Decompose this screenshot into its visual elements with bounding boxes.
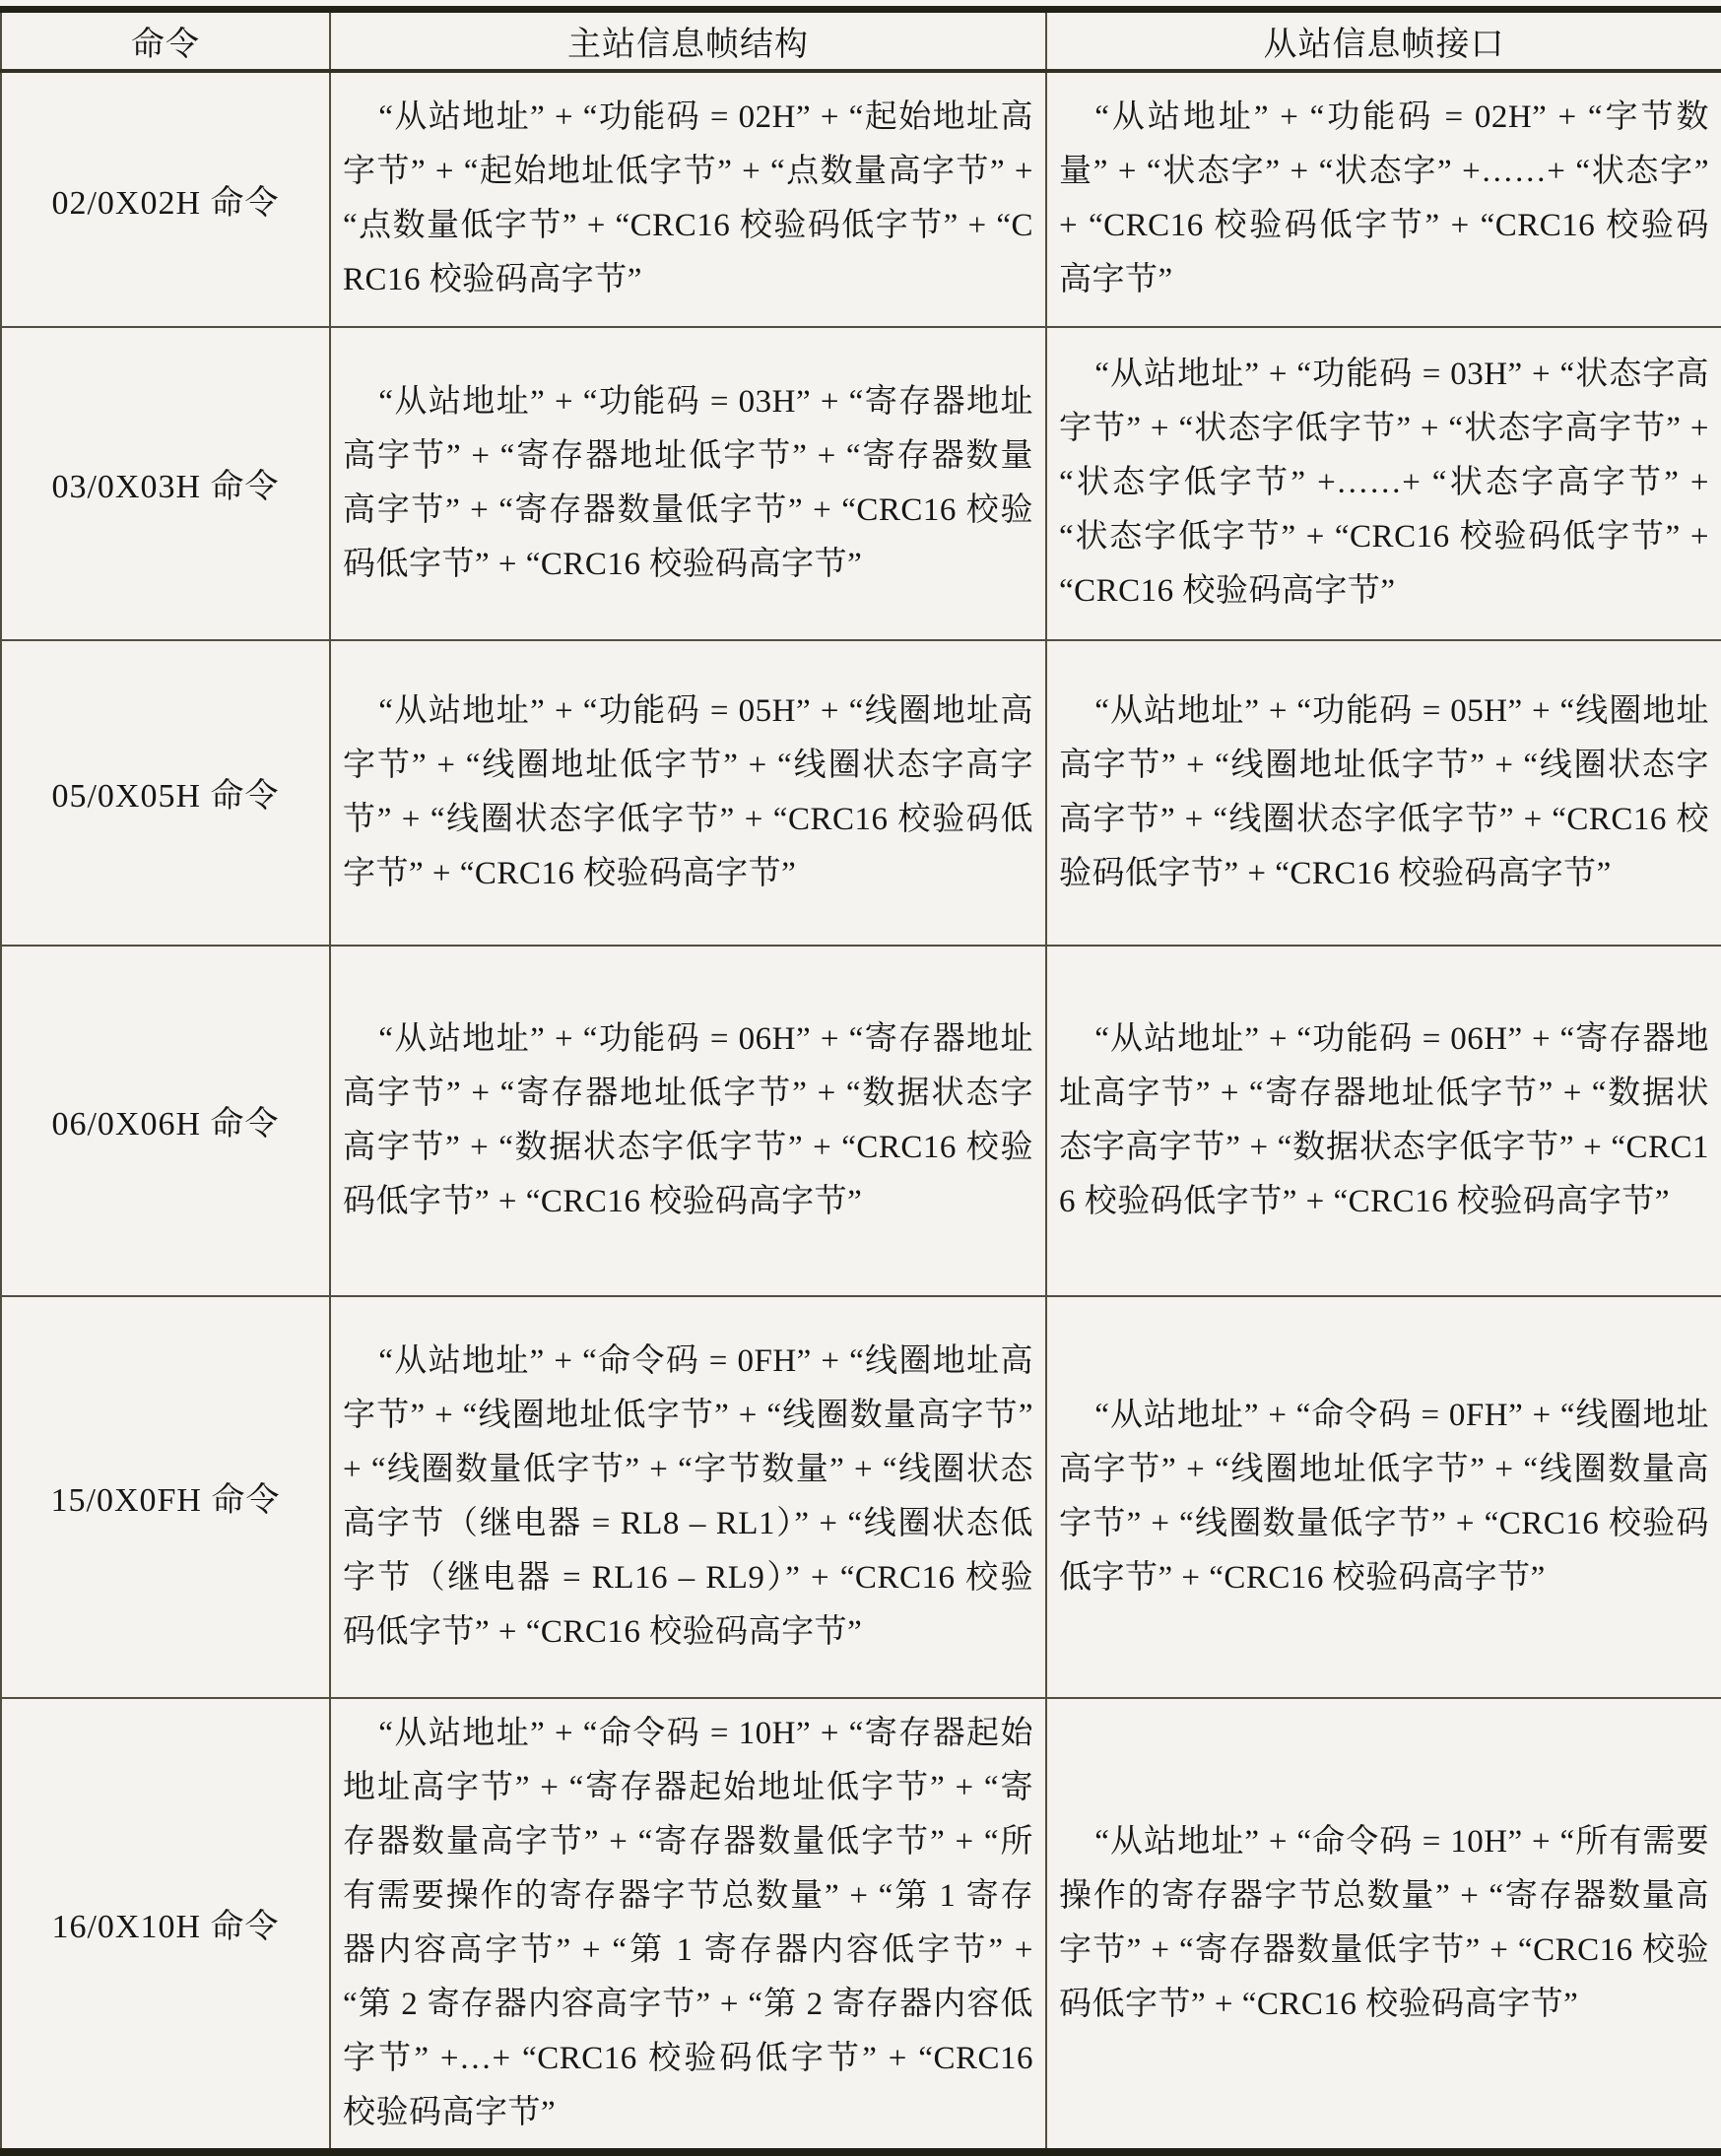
table-row-15: 15/0X0FH 命令 “从站地址” + “命令码 = 0FH” + “线圈地址… [1,1296,1721,1698]
master-frame-text: “从站地址” + “功能码 = 05H” + “线圈地址高字节” + “线圈地址… [343,685,1033,901]
table-row-16: 16/0X10H 命令 “从站地址” + “命令码 = 10H” + “寄存器起… [1,1698,1721,2152]
command-cell: 03/0X03H 命令 [1,327,330,640]
command-cell: 06/0X06H 命令 [1,946,330,1296]
table-row-05: 05/0X05H 命令 “从站地址” + “功能码 = 05H” + “线圈地址… [1,640,1721,946]
slave-frame-cell: “从站地址” + “功能码 = 02H” + “字节数量” + “状态字” + … [1046,71,1721,327]
table-row-02: 02/0X02H 命令 “从站地址” + “功能码 = 02H” + “起始地址… [1,71,1721,327]
slave-frame-cell: “从站地址” + “功能码 = 05H” + “线圈地址高字节” + “线圈地址… [1046,640,1721,946]
master-frame-text: “从站地址” + “功能码 = 02H” + “起始地址高字节” + “起始地址… [343,91,1033,307]
slave-frame-text: “从站地址” + “命令码 = 0FH” + “线圈地址高字节” + “线圈地址… [1059,1389,1709,1605]
command-cell: 02/0X02H 命令 [1,71,330,327]
master-frame-cell: “从站地址” + “功能码 = 03H” + “寄存器地址高字节” + “寄存器… [330,327,1046,640]
slave-frame-text: “从站地址” + “功能码 = 06H” + “寄存器地址高字节” + “寄存器… [1059,1013,1709,1229]
master-frame-cell: “从站地址” + “命令码 = 10H” + “寄存器起始地址高字节” + “寄… [330,1698,1046,2152]
slave-frame-cell: “从站地址” + “命令码 = 10H” + “所有需要操作的寄存器字节总数量”… [1046,1698,1721,2152]
slave-frame-cell: “从站地址” + “命令码 = 0FH” + “线圈地址高字节” + “线圈地址… [1046,1296,1721,1698]
column-header-master-frame: 主站信息帧结构 [330,10,1046,71]
command-cell: 15/0X0FH 命令 [1,1296,330,1698]
master-frame-text: “从站地址” + “命令码 = 0FH” + “线圈地址高字节” + “线圈地址… [343,1335,1033,1660]
slave-frame-text: “从站地址” + “功能码 = 02H” + “字节数量” + “状态字” + … [1059,91,1709,307]
master-frame-text: “从站地址” + “功能码 = 03H” + “寄存器地址高字节” + “寄存器… [343,375,1033,592]
master-frame-text: “从站地址” + “功能码 = 06H” + “寄存器地址高字节” + “寄存器… [343,1013,1033,1229]
slave-frame-cell: “从站地址” + “功能码 = 06H” + “寄存器地址高字节” + “寄存器… [1046,946,1721,1296]
command-cell: 16/0X10H 命令 [1,1698,330,2152]
command-cell: 05/0X05H 命令 [1,640,330,946]
table-header-row: 命令 主站信息帧结构 从站信息帧接口 [1,10,1721,71]
master-frame-cell: “从站地址” + “命令码 = 0FH” + “线圈地址高字节” + “线圈地址… [330,1296,1046,1698]
slave-frame-text: “从站地址” + “功能码 = 03H” + “状态字高字节” + “状态字低字… [1059,348,1709,619]
master-frame-cell: “从站地址” + “功能码 = 02H” + “起始地址高字节” + “起始地址… [330,71,1046,327]
master-frame-text: “从站地址” + “命令码 = 10H” + “寄存器起始地址高字节” + “寄… [343,1707,1033,2140]
column-header-slave-frame: 从站信息帧接口 [1046,10,1721,71]
slave-frame-text: “从站地址” + “命令码 = 10H” + “所有需要操作的寄存器字节总数量”… [1059,1815,1709,2032]
table-row-06: 06/0X06H 命令 “从站地址” + “功能码 = 06H” + “寄存器地… [1,946,1721,1296]
document-page: 命令 主站信息帧结构 从站信息帧接口 02/0X02H 命令 “从站地址” + … [0,0,1721,2110]
slave-frame-text: “从站地址” + “功能码 = 05H” + “线圈地址高字节” + “线圈地址… [1059,685,1709,901]
slave-frame-cell: “从站地址” + “功能码 = 03H” + “状态字高字节” + “状态字低字… [1046,327,1721,640]
master-frame-cell: “从站地址” + “功能码 = 05H” + “线圈地址高字节” + “线圈地址… [330,640,1046,946]
master-frame-cell: “从站地址” + “功能码 = 06H” + “寄存器地址高字节” + “寄存器… [330,946,1046,1296]
table-row-03: 03/0X03H 命令 “从站地址” + “功能码 = 03H” + “寄存器地… [1,327,1721,640]
column-header-command: 命令 [1,10,330,71]
modbus-frame-table: 命令 主站信息帧结构 从站信息帧接口 02/0X02H 命令 “从站地址” + … [0,6,1721,2156]
